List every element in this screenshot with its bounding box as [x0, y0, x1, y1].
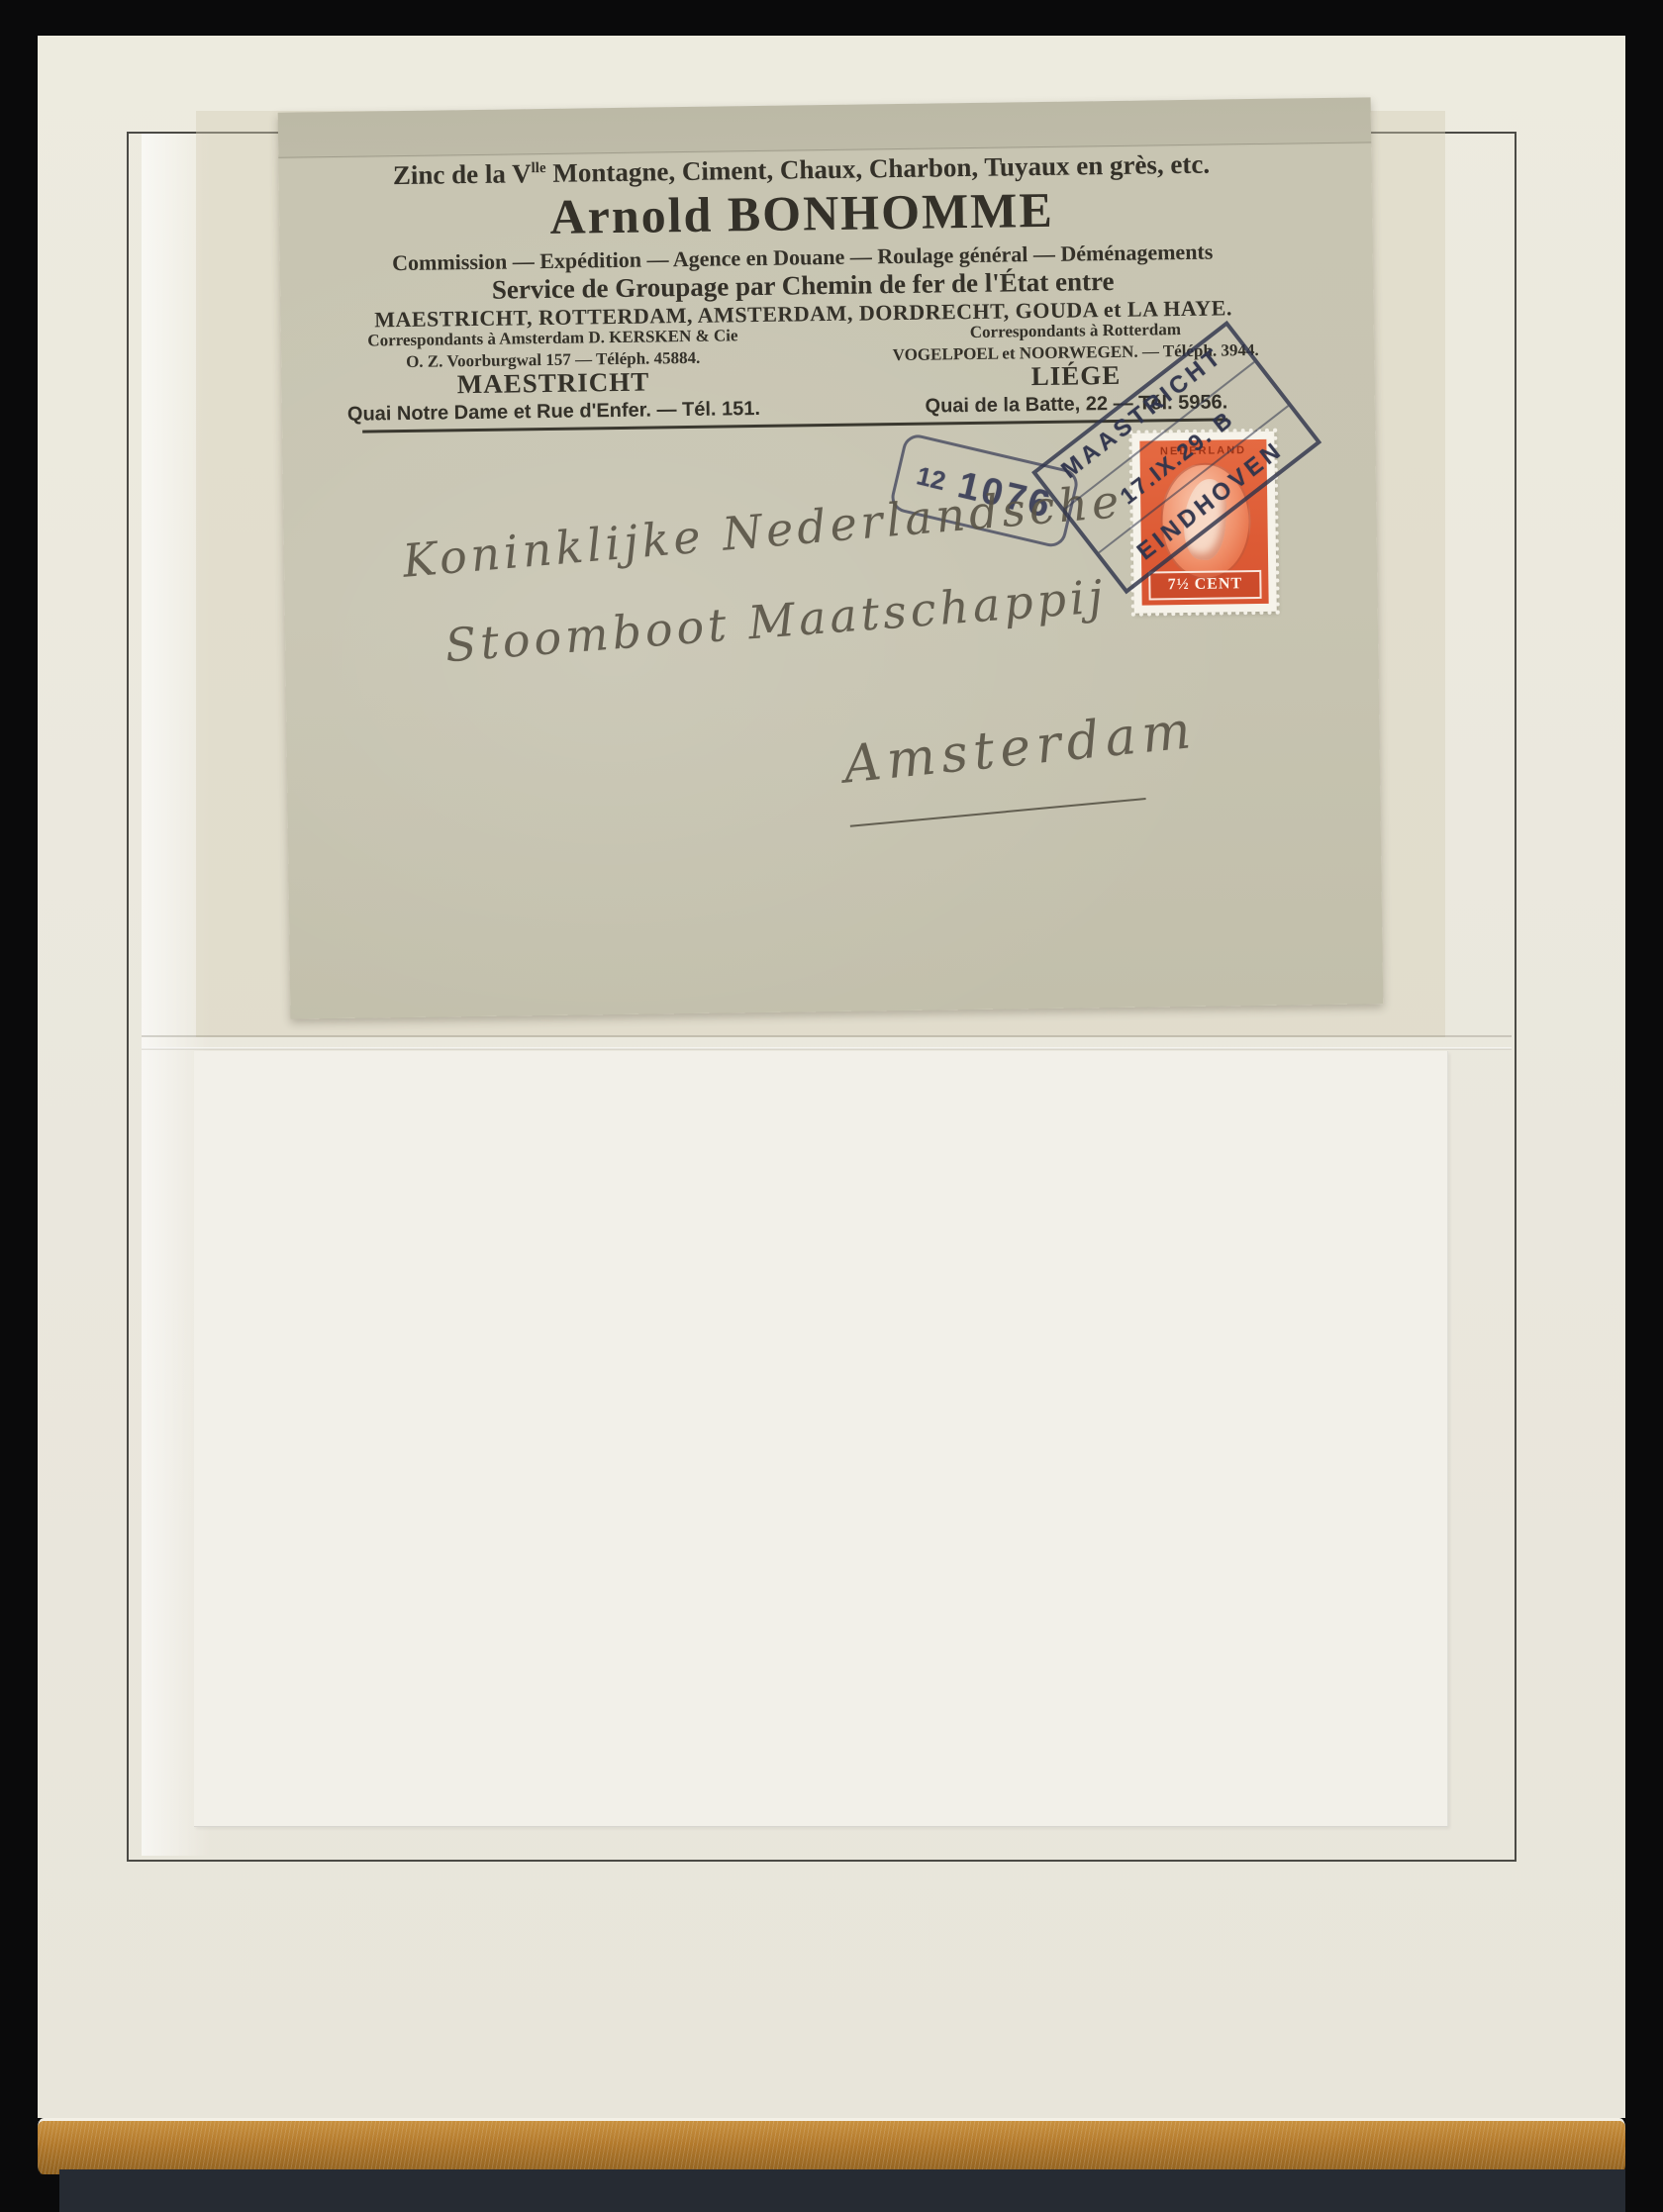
sleeve-seam-ridge — [142, 1047, 1512, 1050]
album-binding-edge — [38, 2118, 1625, 2174]
lower-pocket-blank-card — [194, 1051, 1448, 1827]
address-line-1: Koninklijke Nederlandsche — [401, 474, 1125, 588]
products-line-part1: Zinc de la V — [393, 158, 532, 190]
sleeve-seam-line — [142, 1035, 1512, 1037]
stamp-value-label: 7½ CENT — [1148, 570, 1261, 601]
office-maestricht: MAESTRICHT Quai Notre Dame et Rue d'Enfe… — [281, 363, 826, 429]
address-line-2: Stoomboot Maatschappij — [443, 569, 1109, 672]
address-city: Amsterdam — [841, 701, 1200, 796]
background-shadow-strip — [59, 2169, 1625, 2212]
products-line-superscript: lle — [531, 160, 545, 176]
address-city-underline — [850, 798, 1146, 827]
postal-cover: Zinc de la Vlle Montagne, Ciment, Chaux,… — [278, 97, 1384, 1018]
scanned-album-photo: Zinc de la Vlle Montagne, Ciment, Chaux,… — [0, 0, 1663, 2212]
